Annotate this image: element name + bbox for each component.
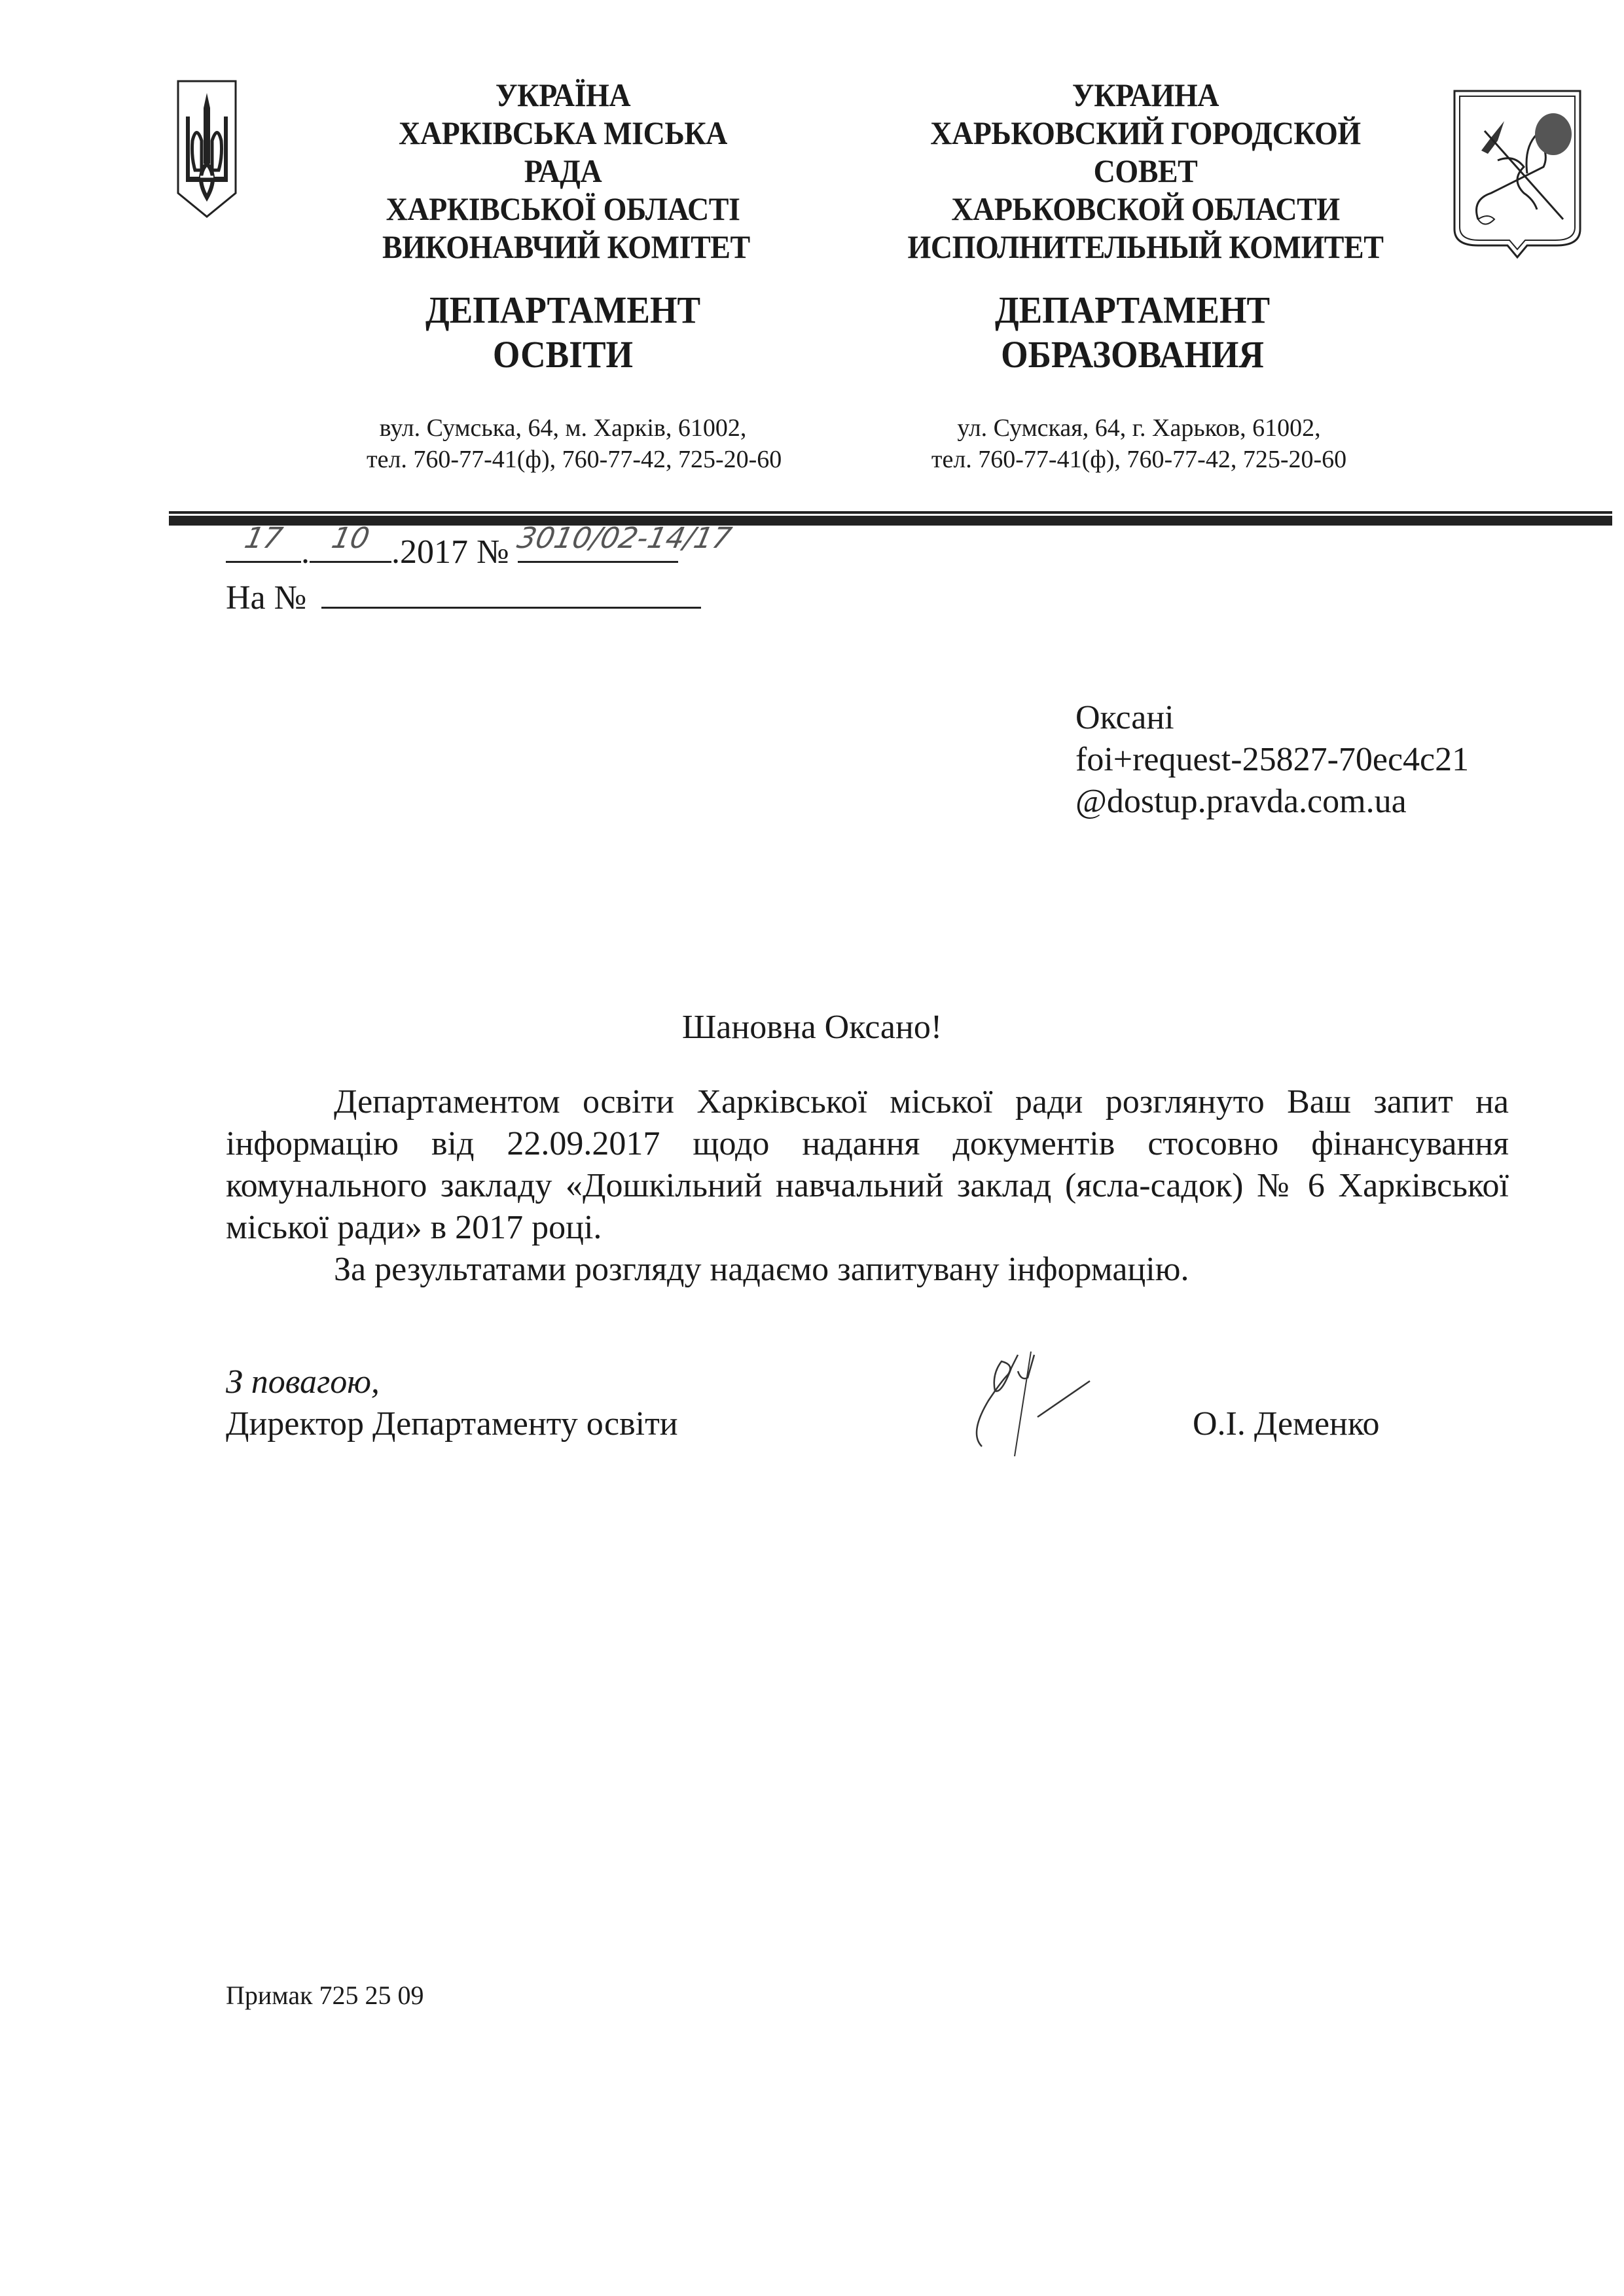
- header-line: ИСПОЛНИТЕЛЬНЫЙ КОМИТЕТ: [899, 228, 1392, 266]
- letter-body: Департаментом освіти Харківської міської…: [226, 1081, 1509, 1291]
- address-phones: тел. 760-77-41(ф), 760-77-42, 725-20-60: [367, 444, 759, 475]
- department-line: ОБРАЗОВАНИЯ: [952, 332, 1313, 377]
- closing: З повагою,: [226, 1361, 380, 1403]
- address-phones: тел. 760-77-41(ф), 760-77-42, 725-20-60: [871, 444, 1407, 475]
- executor-contact: Примак 725 25 09: [226, 1980, 424, 2011]
- header-line: ВИКОНАВЧИЙ КОМІТЕТ: [382, 228, 744, 266]
- signatory-name: О.І. Деменко: [1193, 1403, 1380, 1445]
- outgoing-number-handwritten: 3010/02-14/17: [513, 519, 734, 558]
- header-rule-thin: [169, 511, 1612, 514]
- header-line: ХАРЬКОВСКИЙ ГОРОДСКОЙ: [899, 114, 1392, 152]
- handwritten-signature-icon: [956, 1335, 1152, 1460]
- reply-to-line: На №: [226, 573, 701, 618]
- day-field: 17: [226, 527, 301, 563]
- address-street: вул. Сумська, 64, м. Харків, 61002,: [367, 412, 759, 444]
- header-right-russian: УКРАИНА ХАРЬКОВСКИЙ ГОРОДСКОЙ СОВЕТ ХАРЬ…: [899, 76, 1392, 266]
- day-handwritten: 17: [222, 519, 306, 558]
- letter-paragraph: Департаментом освіти Харківської міської…: [226, 1081, 1509, 1249]
- header-line: УКРАИНА: [899, 76, 1392, 114]
- reply-to-label: На №: [226, 579, 306, 617]
- salutation: Шановна Оксано!: [0, 1007, 1624, 1049]
- address-street: ул. Сумская, 64, г. Харьков, 61002,: [871, 412, 1407, 444]
- reply-to-field: [321, 573, 701, 609]
- recipient-email-part1: foi+request-25827-70ec4c21: [1075, 739, 1469, 781]
- kharkiv-coat-of-arms-icon: [1452, 88, 1583, 262]
- recipient-email-part2: @dostup.pravda.com.ua: [1075, 781, 1469, 823]
- recipient-name: Оксані: [1075, 697, 1469, 739]
- recipient-block: Оксані foi+request-25827-70ec4c21 @dostu…: [1075, 697, 1469, 823]
- address-left: вул. Сумська, 64, м. Харків, 61002, тел.…: [367, 412, 759, 475]
- department-left: ДЕПАРТАМЕНТ ОСВІТИ: [382, 288, 744, 377]
- header-line: СОВЕТ: [899, 152, 1392, 190]
- year-and-number-label: .2017 №: [391, 533, 509, 571]
- letter-paragraph: За результатами розгляду надаємо запитув…: [226, 1249, 1509, 1291]
- header-line: ХАРКІВСЬКОЇ ОБЛАСТІ: [382, 190, 744, 228]
- header-line: ХАРКІВСЬКА МІСЬКА: [382, 114, 744, 152]
- address-right: ул. Сумская, 64, г. Харьков, 61002, тел.…: [871, 412, 1407, 475]
- signatory-position: Директор Департаменту освіти: [226, 1403, 678, 1445]
- department-line: ДЕПАРТАМЕНТ: [382, 288, 744, 332]
- registration-line: 17 . 10 .2017 № 3010/02-14/17: [226, 527, 678, 572]
- month-handwritten: 10: [306, 519, 396, 558]
- header-left-ukrainian: УКРАЇНА ХАРКІВСЬКА МІСЬКА РАДА ХАРКІВСЬК…: [382, 76, 744, 266]
- department-line: ОСВІТИ: [382, 332, 744, 377]
- trident-coat-of-arms-icon: [175, 79, 238, 219]
- outgoing-number-field: 3010/02-14/17: [518, 527, 678, 563]
- month-field: 10: [310, 527, 391, 563]
- header-line: УКРАЇНА: [382, 76, 744, 114]
- header-line: РАДА: [382, 152, 744, 190]
- department-line: ДЕПАРТАМЕНТ: [952, 288, 1313, 332]
- department-right: ДЕПАРТАМЕНТ ОБРАЗОВАНИЯ: [952, 288, 1313, 377]
- header-line: ХАРЬКОВСКОЙ ОБЛАСТИ: [899, 190, 1392, 228]
